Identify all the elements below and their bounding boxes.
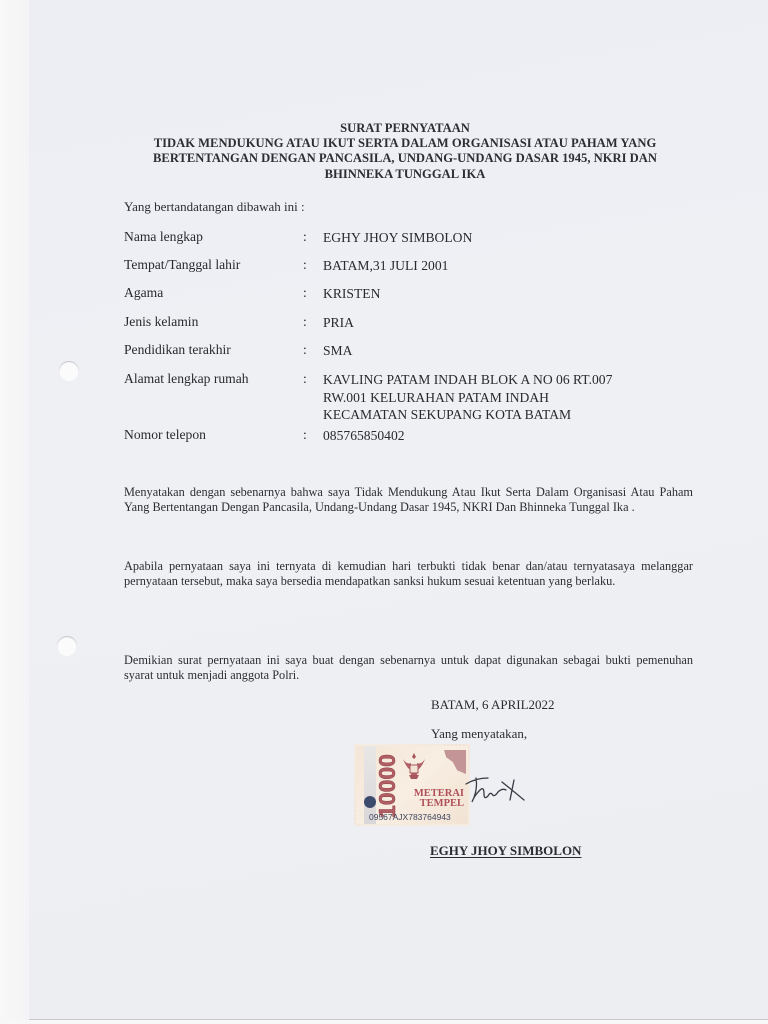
field-value-phone: 085765850402: [323, 427, 405, 445]
document-subtitle-line: BERTENTANGAN DENGAN PANCASILA, UNDANG-UN…: [120, 151, 690, 166]
field-separator: :: [303, 371, 307, 387]
field-label-phone: Nomor telepon: [124, 427, 206, 443]
field-value-gender: PRIA: [323, 314, 354, 332]
intro-text: Yang bertandatangan dibawah ini :: [124, 199, 305, 215]
declarer-label: Yang menyatakan,: [431, 726, 527, 742]
field-separator: :: [303, 427, 307, 443]
document-title: SURAT PERNYATAAN: [120, 121, 690, 136]
field-label-education: Pendidikan terakhir: [124, 342, 231, 358]
field-separator: :: [303, 257, 307, 273]
field-value-religion: KRISTEN: [323, 285, 380, 303]
field-separator: :: [303, 229, 307, 245]
duty-stamp: 10000 METERAI TEMPEL 09567AJX783764943: [354, 744, 470, 826]
stamp-serial: 09567AJX783764943: [369, 812, 451, 822]
punch-hole: [59, 361, 79, 381]
stamp-value: 10000: [374, 754, 401, 818]
field-separator: :: [303, 285, 307, 301]
garuda-emblem-icon: [401, 751, 427, 787]
field-label-birth: Tempat/Tanggal lahir: [124, 257, 240, 273]
place-date: BATAM, 6 APRIL2022: [431, 697, 555, 713]
statement-paragraph: Menyatakan dengan sebenarnya bahwa saya …: [124, 485, 693, 516]
field-value-birth: BATAM,31 JULI 2001: [323, 257, 448, 275]
field-separator: :: [303, 314, 307, 330]
document-subtitle-line: BHINNEKA TUNGGAL IKA: [120, 167, 690, 182]
field-separator: :: [303, 342, 307, 358]
signer-name: EGHY JHOY SIMBOLON: [430, 843, 581, 859]
sanction-paragraph: Apabila pernyataan saya ini ternyata di …: [124, 559, 693, 590]
field-label-address: Alamat lengkap rumah: [124, 371, 249, 387]
closing-paragraph: Demikian surat pernyataan ini saya buat …: [124, 653, 693, 684]
stamp-label-line: TEMPEL: [404, 799, 464, 809]
field-value-education: SMA: [323, 342, 352, 360]
field-value-full-name: EGHY JHOY SIMBOLON: [323, 229, 472, 247]
document-subtitle-line: TIDAK MENDUKUNG ATAU IKUT SERTA DALAM OR…: [120, 136, 690, 151]
field-label-religion: Agama: [124, 285, 163, 301]
punch-hole: [57, 636, 77, 656]
scanner-margin: [0, 0, 29, 1024]
scanner-bottom-margin: [0, 1020, 768, 1024]
field-value-address: KAVLING PATAM INDAH BLOK A NO 06 RT.007 …: [323, 371, 612, 424]
document-heading: SURAT PERNYATAAN TIDAK MENDUKUNG ATAU IK…: [120, 121, 690, 182]
signature: [462, 768, 532, 808]
stamp-hologram: [364, 796, 376, 808]
stamp-label: METERAI TEMPEL: [404, 789, 464, 809]
field-label-gender: Jenis kelamin: [124, 314, 198, 330]
field-label-full-name: Nama lengkap: [124, 229, 203, 245]
